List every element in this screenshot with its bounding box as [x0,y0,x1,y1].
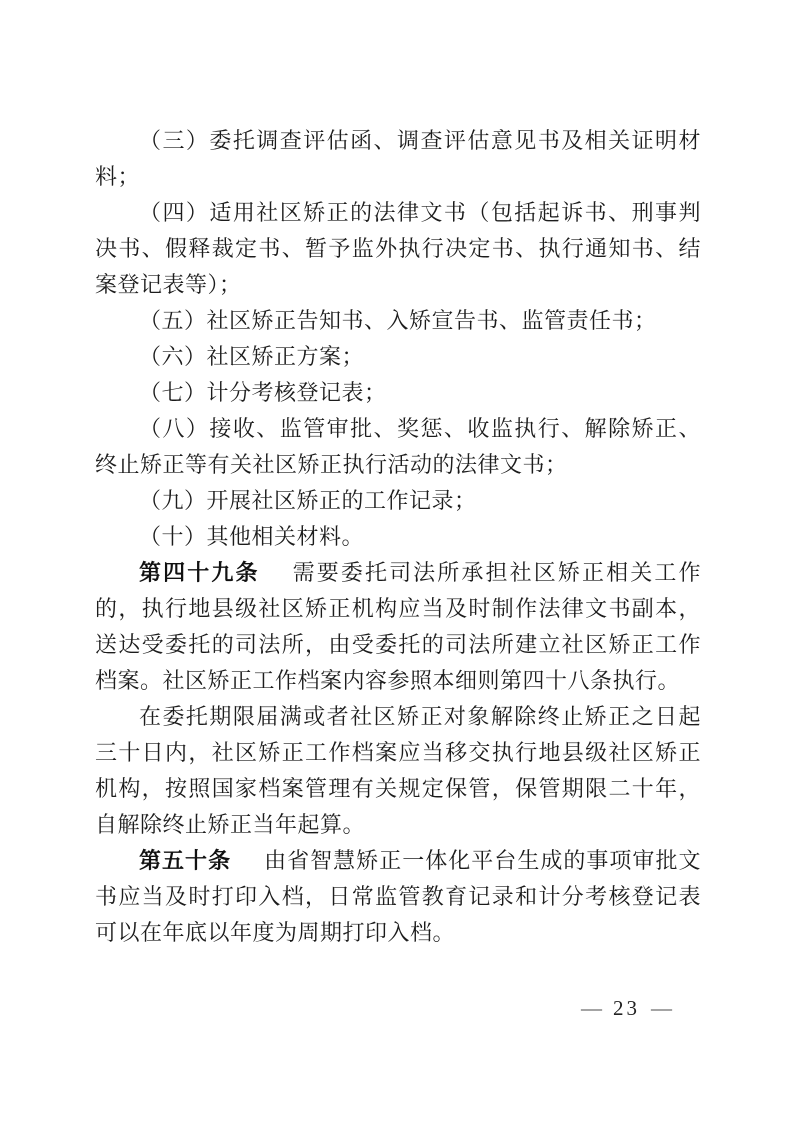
paragraph: （十）其他相关材料。 [95,519,701,555]
paragraph: （四）适用社区矫正的法律文书（包括起诉书、刑事判决书、假释裁定书、暂予监外执行决… [95,195,701,303]
paragraph: （九）开展社区矫正的工作记录； [95,483,701,519]
paragraph-text: （五）社区矫正告知书、入矫宣告书、监管责任书； [139,308,657,333]
paragraph: （八）接收、监管审批、奖惩、收监执行、解除矫正、终止矫正等有关社区矫正执行活动的… [95,411,701,483]
footer-dash-right: — [651,996,672,1020]
footer-dash-left: — [581,996,602,1020]
paragraph: （三）委托调查评估函、调查评估意见书及相关证明材料； [95,123,701,195]
paragraph: 在委托期限届满或者社区矫正对象解除终止矫正之日起三十日内，社区矫正工作档案应当移… [95,699,701,843]
document-page: （三）委托调查评估函、调查评估意见书及相关证明材料； （四）适用社区矫正的法律文… [0,0,794,1122]
paragraph-text: （十）其他相关材料。 [139,524,364,549]
paragraph-text: （四）适用社区矫正的法律文书（包括起诉书、刑事判决书、假释裁定书、暂予监外执行决… [95,200,701,297]
paragraph-text: （六）社区矫正方案； [139,344,364,369]
document-body: （三）委托调查评估函、调查评估意见书及相关证明材料； （四）适用社区矫正的法律文… [95,123,701,951]
page-number: 23 [613,996,640,1020]
article-number: 第五十条 [139,848,231,873]
paragraph: 第四十九条需要委托司法所承担社区矫正相关工作的，执行地县级社区矫正机构应当及时制… [95,555,701,699]
paragraph-text: （三）委托调查评估函、调查评估意见书及相关证明材料； [95,128,701,189]
paragraph-text: 在委托期限届满或者社区矫正对象解除终止矫正之日起三十日内，社区矫正工作档案应当移… [95,704,701,837]
paragraph: （六）社区矫正方案； [95,339,701,375]
paragraph: 第五十条由省智慧矫正一体化平台生成的事项审批文书应当及时打印入档，日常监管教育记… [95,843,701,951]
paragraph-text: （八）接收、监管审批、奖惩、收监执行、解除矫正、终止矫正等有关社区矫正执行活动的… [95,416,701,477]
paragraph: （七）计分考核登记表； [95,375,701,411]
page-footer: —23— [581,996,672,1020]
article-number: 第四十九条 [139,560,260,585]
paragraph-text: （七）计分考核登记表； [139,380,387,405]
paragraph-text: （九）开展社区矫正的工作记录； [139,488,477,513]
paragraph: （五）社区矫正告知书、入矫宣告书、监管责任书； [95,303,701,339]
